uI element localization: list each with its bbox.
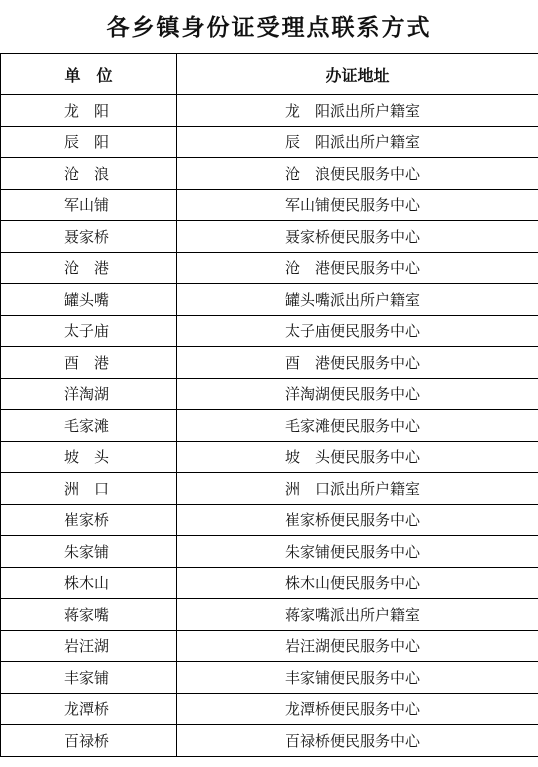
- unit-cell: 酉 港: [1, 347, 177, 379]
- address-cell: 洲 口派出所户籍室: [177, 473, 538, 505]
- unit-cell: 丰家铺: [1, 662, 177, 694]
- table-row: 崔家桥崔家桥便民服务中心: [1, 504, 538, 536]
- unit-cell: 坡 头: [1, 441, 177, 473]
- table-row: 太子庙太子庙便民服务中心: [1, 315, 538, 347]
- address-cell: 丰家铺便民服务中心: [177, 662, 538, 694]
- unit-cell: 株木山: [1, 567, 177, 599]
- table-row: 朱家铺朱家铺便民服务中心: [1, 536, 538, 568]
- unit-cell: 聂家桥: [1, 221, 177, 253]
- table-row: 洲 口洲 口派出所户籍室: [1, 473, 538, 505]
- table-row: 酉 港酉 港便民服务中心: [1, 347, 538, 379]
- address-cell: 龙潭桥便民服务中心: [177, 693, 538, 725]
- table-row: 毛家滩毛家滩便民服务中心: [1, 410, 538, 442]
- table-row: 军山铺军山铺便民服务中心: [1, 189, 538, 221]
- unit-cell: 龙 阳: [1, 95, 177, 127]
- address-cell: 军山铺便民服务中心: [177, 189, 538, 221]
- page-title: 各乡镇身份证受理点联系方式: [0, 0, 538, 53]
- address-cell: 沧 港便民服务中心: [177, 252, 538, 284]
- table-row: 沧 浪沧 浪便民服务中心: [1, 158, 538, 190]
- address-cell: 洋淘湖便民服务中心: [177, 378, 538, 410]
- address-cell: 百禄桥便民服务中心: [177, 725, 538, 757]
- table-row: 龙 阳龙 阳派出所户籍室: [1, 95, 538, 127]
- table-row: 坡 头坡 头便民服务中心: [1, 441, 538, 473]
- unit-cell: 百禄桥: [1, 725, 177, 757]
- address-cell: 罐头嘴派出所户籍室: [177, 284, 538, 316]
- address-cell: 蒋家嘴派出所户籍室: [177, 599, 538, 631]
- address-cell: 龙 阳派出所户籍室: [177, 95, 538, 127]
- table-row: 岩汪湖岩汪湖便民服务中心: [1, 630, 538, 662]
- contact-table: 单 位 办证地址 龙 阳龙 阳派出所户籍室辰 阳辰 阳派出所户籍室沧 浪沧 浪便…: [0, 53, 538, 757]
- address-cell: 朱家铺便民服务中心: [177, 536, 538, 568]
- unit-cell: 龙潭桥: [1, 693, 177, 725]
- address-cell: 崔家桥便民服务中心: [177, 504, 538, 536]
- column-header-unit: 单 位: [1, 54, 177, 95]
- table-row: 百禄桥百禄桥便民服务中心: [1, 725, 538, 757]
- unit-cell: 崔家桥: [1, 504, 177, 536]
- table-row: 聂家桥聂家桥便民服务中心: [1, 221, 538, 253]
- table-row: 辰 阳辰 阳派出所户籍室: [1, 126, 538, 158]
- unit-cell: 太子庙: [1, 315, 177, 347]
- unit-cell: 沧 浪: [1, 158, 177, 190]
- table-row: 龙潭桥龙潭桥便民服务中心: [1, 693, 538, 725]
- table-row: 洋淘湖洋淘湖便民服务中心: [1, 378, 538, 410]
- address-cell: 毛家滩便民服务中心: [177, 410, 538, 442]
- unit-cell: 朱家铺: [1, 536, 177, 568]
- unit-cell: 军山铺: [1, 189, 177, 221]
- address-cell: 坡 头便民服务中心: [177, 441, 538, 473]
- unit-cell: 罐头嘴: [1, 284, 177, 316]
- address-cell: 岩汪湖便民服务中心: [177, 630, 538, 662]
- unit-cell: 洋淘湖: [1, 378, 177, 410]
- unit-cell: 蒋家嘴: [1, 599, 177, 631]
- unit-cell: 毛家滩: [1, 410, 177, 442]
- address-cell: 辰 阳派出所户籍室: [177, 126, 538, 158]
- unit-cell: 辰 阳: [1, 126, 177, 158]
- table-row: 丰家铺丰家铺便民服务中心: [1, 662, 538, 694]
- address-cell: 酉 港便民服务中心: [177, 347, 538, 379]
- address-cell: 聂家桥便民服务中心: [177, 221, 538, 253]
- table-row: 罐头嘴罐头嘴派出所户籍室: [1, 284, 538, 316]
- address-cell: 沧 浪便民服务中心: [177, 158, 538, 190]
- column-header-address: 办证地址: [177, 54, 538, 95]
- table-row: 株木山株木山便民服务中心: [1, 567, 538, 599]
- address-cell: 株木山便民服务中心: [177, 567, 538, 599]
- table-header-row: 单 位 办证地址: [1, 54, 538, 95]
- unit-cell: 沧 港: [1, 252, 177, 284]
- address-cell: 太子庙便民服务中心: [177, 315, 538, 347]
- table-body: 龙 阳龙 阳派出所户籍室辰 阳辰 阳派出所户籍室沧 浪沧 浪便民服务中心军山铺军…: [1, 95, 538, 757]
- unit-cell: 洲 口: [1, 473, 177, 505]
- unit-cell: 岩汪湖: [1, 630, 177, 662]
- table-row: 沧 港沧 港便民服务中心: [1, 252, 538, 284]
- table-row: 蒋家嘴蒋家嘴派出所户籍室: [1, 599, 538, 631]
